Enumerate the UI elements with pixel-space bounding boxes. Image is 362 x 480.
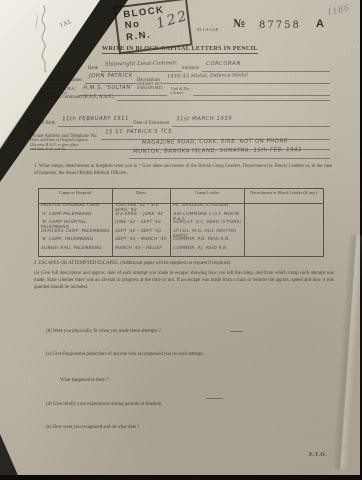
form-reference: M.I.9/JAP <box>197 27 218 32</box>
camps-table: Camp or Hospital. Dates. Camp Leader. De… <box>38 188 324 257</box>
question-d: (d) Give briefly your experiences during… <box>46 401 302 408</box>
col-header-leader: Camp Leader. <box>171 189 245 204</box>
table-row-leader: COMMDR. P.J. REID R.N. <box>171 247 245 256</box>
question-b: (b) Were you physically fit when you mad… <box>46 328 302 335</box>
pencil-dash <box>206 398 223 399</box>
pencil-dash <box>230 331 243 332</box>
col-header-dates: Dates. <box>113 189 171 204</box>
scanned-pow-questionnaire: BLOCK No R.N. 122 M.I.9/JAP № 87758 A 11… <box>0 0 362 480</box>
series-letter: A <box>316 18 324 30</box>
table-row-block-leader <box>245 204 323 213</box>
capture-label: Place and Date of Original Capture (Airc… <box>30 138 129 152</box>
question-e: (e) How were you recaptured and on what … <box>46 424 302 431</box>
table-row-block-leader <box>245 213 323 222</box>
capture-value: MUNTOK, BANGKA ISLAND, SUMATRA, 15th FEB… <box>132 147 302 155</box>
squadron-field-empty <box>117 99 330 101</box>
table-row-dates: MARCH '45 – RELIEF <box>113 247 171 256</box>
number-sign: № <box>233 17 245 30</box>
table-row-block-leader <box>245 247 323 256</box>
col-header-block-leader: Detachment or Block Leader (if any). <box>245 189 323 204</box>
ship-value-detail: (KRANJI W/T SINGAPORE) <box>136 82 163 91</box>
capture-row: Place and Date of Original Capture (Airc… <box>30 138 330 159</box>
table-row-block-leader <box>245 230 323 239</box>
page-turn-over-note: P.T.O. <box>309 452 327 458</box>
col-header-camp: Camp or Hospital. <box>39 189 113 204</box>
squadron-row: Squadron and Command (R.A.F., A.A.F.) <box>34 95 330 101</box>
ship-unit-row: Ship (R.N., D.E.M.S., Merchant Navy) H.M… <box>40 76 330 96</box>
section-2-para-a: (a) Give full description and approx. da… <box>34 270 334 292</box>
question-c: (c) Give Regimental particulars of anyon… <box>46 351 302 358</box>
capture-field: MUNTOK, BANGKA ISLAND, SUMATRA, 15th FEB… <box>129 139 330 159</box>
section-2-heading: 2. ESCAPES OR ATTEMPTED ESCAPES. (Additi… <box>34 260 334 267</box>
ship-value: H.M.S. 'SULTAN' <box>83 85 133 92</box>
serial-number: 87758 <box>259 20 301 31</box>
table-row-block-leader <box>245 221 323 230</box>
question-1: 1. What camps, detachments or hospitals … <box>34 163 332 177</box>
table-row-block-leader <box>245 238 323 247</box>
ship-field: H.M.S. 'SULTAN' (KRANJI W/T SINGAPORE) <box>79 76 167 96</box>
question-c-followup: What happened to them ? <box>60 377 302 384</box>
table-row-camp: SUNGEI RHU, PALEMBANG <box>39 247 113 256</box>
